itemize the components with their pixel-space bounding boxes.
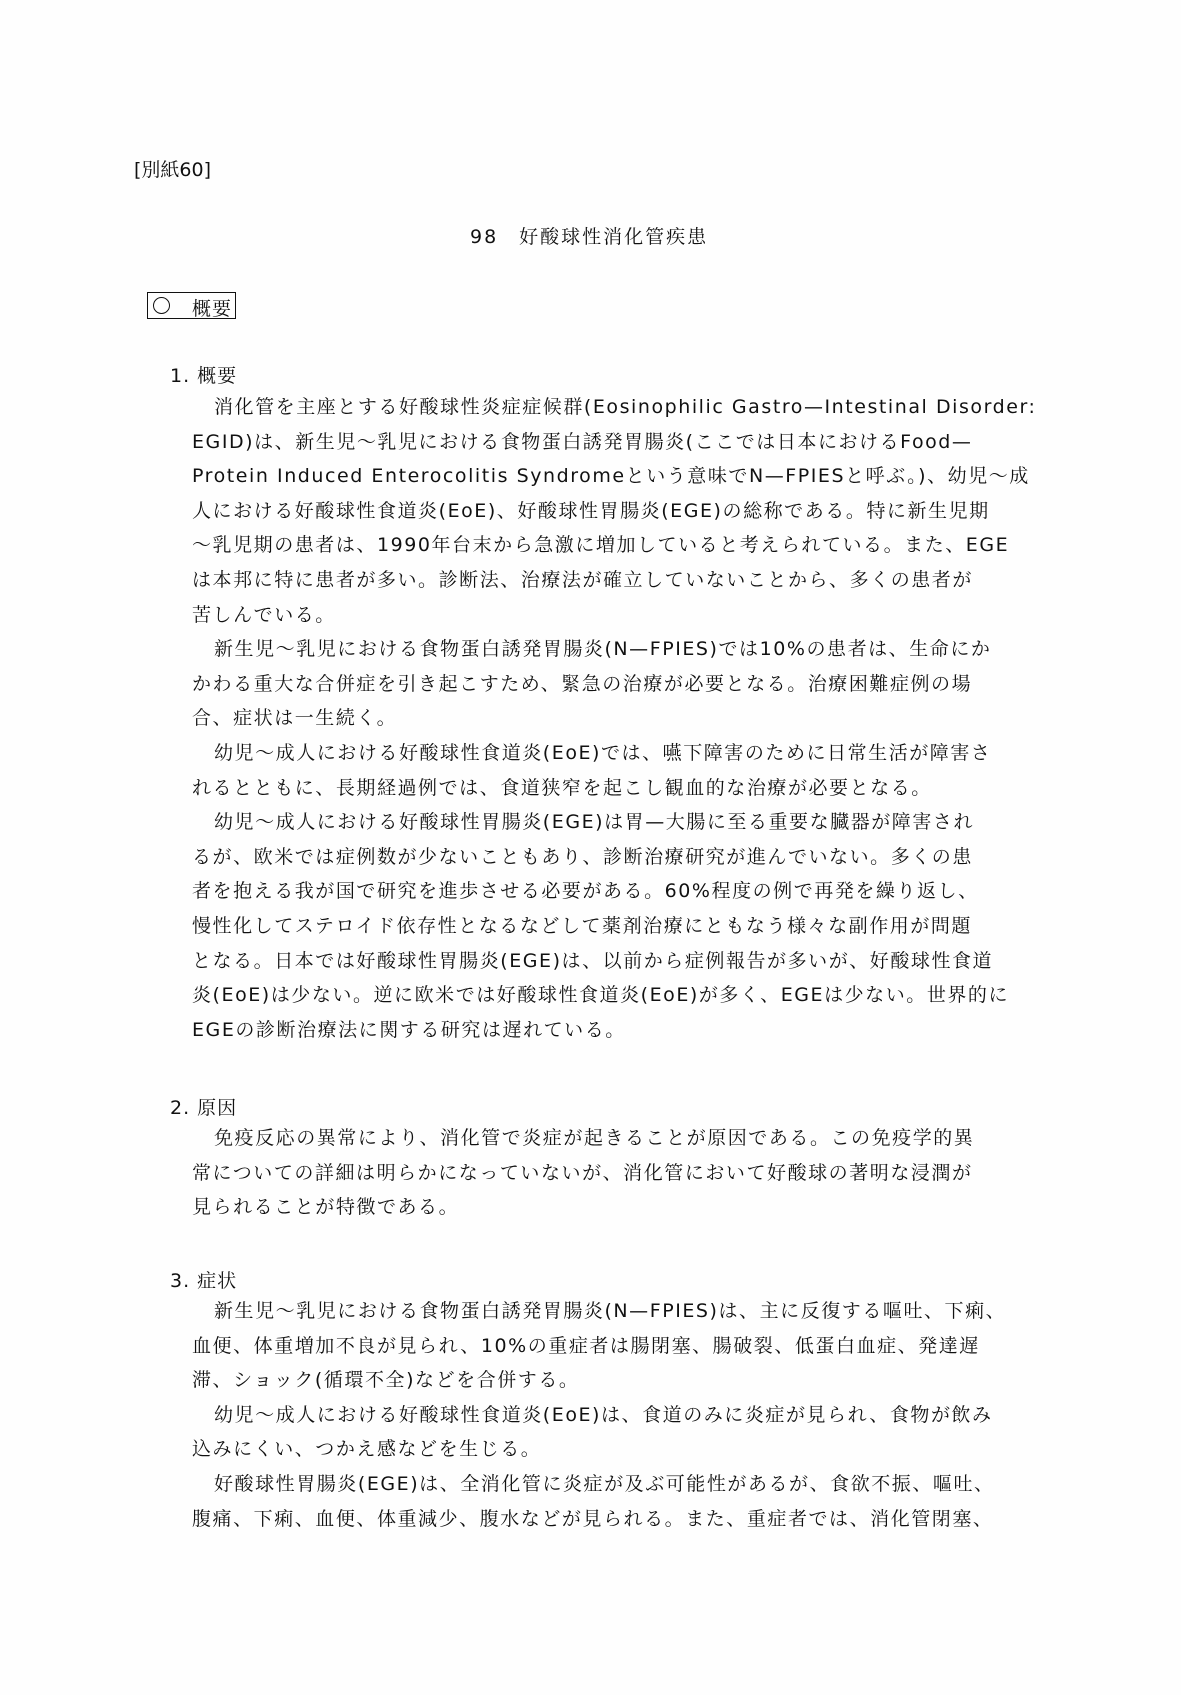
text-line: 消化管を主座とする好酸球性炎症症候群(Eosinophilic Gastro—I… <box>192 390 1034 425</box>
section-heading-overview: 1. 概要 <box>170 361 237 388</box>
section-heading-cause: 2. 原因 <box>170 1093 237 1120</box>
text-line: 苦しんでいる。 <box>192 598 1034 633</box>
text-line: は本邦に特に患者が多い。診断法、治療法が確立していないことから、多くの患者が <box>192 563 1034 598</box>
text-line: 腹痛、下痢、血便、体重減少、腹水などが見られる。また、重症者では、消化管閉塞、 <box>192 1502 1034 1537</box>
text-line: 慢性化してステロイド依存性となるなどして薬剤治療にともなう様々な副作用が問題 <box>192 909 1034 944</box>
text-line: 滞、ショック(循環不全)などを合併する。 <box>192 1363 1034 1398</box>
text-line: 好酸球性胃腸炎(EGE)は、全消化管に炎症が及ぶ可能性があるが、食欲不振、嘔吐、 <box>192 1467 1034 1502</box>
text-line: 血便、体重増加不良が見られ、10%の重症者は腸閉塞、腸破裂、低蛋白血症、発達遅 <box>192 1329 1034 1364</box>
text-line: 幼児～成人における好酸球性胃腸炎(EGE)は胃—大腸に至る重要な臓器が障害され <box>192 805 1034 840</box>
text-line: 炎(EoE)は少ない。逆に欧米では好酸球性食道炎(EoE)が多く、EGEは少ない… <box>192 978 1034 1013</box>
text-line: れるとともに、長期経過例では、食道狭窄を起こし観血的な治療が必要となる。 <box>192 771 1034 806</box>
document-title: 98 好酸球性消化管疾患 <box>470 222 708 249</box>
text-line: 新生児～乳児における食物蛋白誘発胃腸炎(N—FPIES)は、主に反復する嘔吐、下… <box>192 1294 1034 1329</box>
section-body-cause: 免疫反応の異常により、消化管で炎症が起きることが原因である。この免疫学的異常につ… <box>192 1121 1034 1225</box>
text-line: 幼児～成人における好酸球性食道炎(EoE)では、嚥下障害のために日常生活が障害さ <box>192 736 1034 771</box>
text-line: 見られることが特徴である。 <box>192 1190 1034 1225</box>
text-line: 新生児～乳児における食物蛋白誘発胃腸炎(N—FPIES)では10%の患者は、生命… <box>192 632 1034 667</box>
text-line: 合、症状は一生続く。 <box>192 701 1034 736</box>
text-line: 常についての詳細は明らかになっていないが、消化管において好酸球の著明な浸潤が <box>192 1156 1034 1191</box>
section-body-symptoms: 新生児～乳児における食物蛋白誘発胃腸炎(N—FPIES)は、主に反復する嘔吐、下… <box>192 1294 1034 1536</box>
text-line: 込みにくい、つかえ感などを生じる。 <box>192 1432 1034 1467</box>
text-line: Protein Induced Enterocolitis Syndromeとい… <box>192 459 1034 494</box>
text-line: EGEの診断治療法に関する研究は遅れている。 <box>192 1013 1034 1048</box>
overview-box: 概要 <box>147 292 236 319</box>
text-line: 人における好酸球性食道炎(EoE)、好酸球性胃腸炎(EGE)の総称である。特に新… <box>192 494 1034 529</box>
text-line: EGID)は、新生児～乳児における食物蛋白誘発胃腸炎(ここでは日本におけるFoo… <box>192 425 1034 460</box>
overview-box-label: 概要 <box>192 294 232 321</box>
text-line: ～乳児期の患者は、1990年台末から急激に増加していると考えられている。また、E… <box>192 528 1034 563</box>
section-body-overview: 消化管を主座とする好酸球性炎症症候群(Eosinophilic Gastro—I… <box>192 390 1034 1047</box>
text-line: るが、欧米では症例数が少ないこともあり、診断治療研究が進んでいない。多くの患 <box>192 840 1034 875</box>
text-line: 者を抱える我が国で研究を進歩させる必要がある。60%程度の例で再発を繰り返し、 <box>192 874 1034 909</box>
section-heading-symptoms: 3. 症状 <box>170 1266 237 1293</box>
text-line: かわる重大な合併症を引き起こすため、緊急の治療が必要となる。治療困難症例の場 <box>192 667 1034 702</box>
circle-marker-icon <box>153 297 170 314</box>
text-line: 免疫反応の異常により、消化管で炎症が起きることが原因である。この免疫学的異 <box>192 1121 1034 1156</box>
document-label: [別紙60] <box>134 155 211 182</box>
text-line: 幼児～成人における好酸球性食道炎(EoE)は、食道のみに炎症が見られ、食物が飲み <box>192 1398 1034 1433</box>
text-line: となる。日本では好酸球性胃腸炎(EGE)は、以前から症例報告が多いが、好酸球性食… <box>192 944 1034 979</box>
